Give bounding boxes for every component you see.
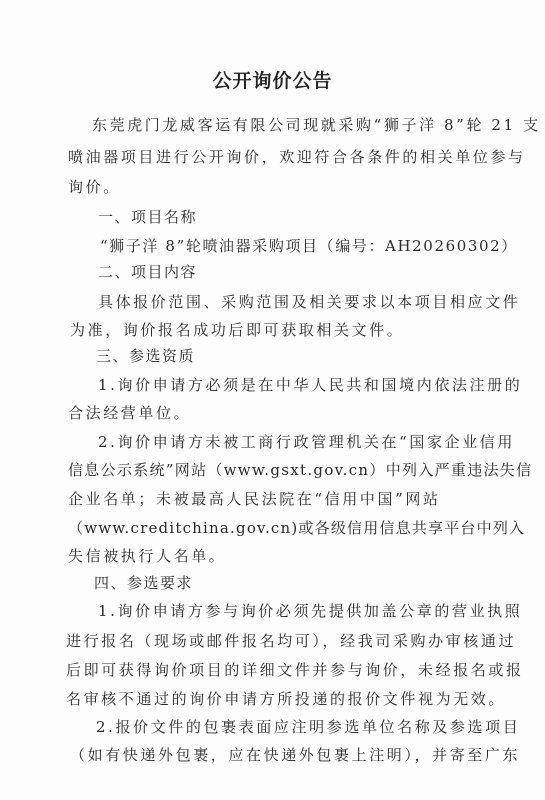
requirement-line-6: （如有快递外包裹，应在快递外包裹上注明），并寄至广东 [70, 745, 520, 765]
section-heading-1: 一、项目名称 [98, 207, 197, 227]
content-line-2: 为准，询价报名成功后即可获取相关文件。 [70, 320, 404, 340]
qualification-line-1: 1.询价申请方必须是在中华人民共和国境内依法注册的 [98, 375, 522, 395]
requirement-line-4: 名审核不通过的询价申请方所投递的报价文件视为无效。 [66, 689, 506, 709]
document-page: 公开询价公告 东莞虎门龙威客运有限公司现就采购“狮子洋 8”轮 21 支 喷油器… [0, 0, 545, 800]
section-heading-3: 三、参选资质 [96, 346, 195, 366]
qualification-line-3: 2.询价申请方未被工商行政管理机关在“国家企业信用 [98, 432, 515, 452]
intro-line-3: 询价。 [68, 177, 121, 197]
qualification-line-4: 信息公示系统”网站（www.gsxt.gov.cn）中列入严重违法失信 [68, 460, 532, 480]
requirement-line-1: 1.询价申请方参与询价必须先提供加盖公章的营业执照 [98, 601, 522, 621]
intro-line-1: 东莞虎门龙威客运有限公司现就采购“狮子洋 8”轮 21 支 [92, 115, 541, 135]
requirement-line-2: 进行报名（现场或邮件报名均可），经我司采购办审核通过 [66, 631, 516, 651]
qualification-line-7: 失信被执行人名单。 [68, 546, 226, 566]
section-heading-2: 二、项目内容 [98, 262, 197, 282]
content-line-1: 具体报价范围、采购范围及相关要求以本项目相应文件 [98, 292, 520, 312]
section-heading-4: 四、参选要求 [94, 573, 193, 593]
page-title: 公开询价公告 [0, 66, 545, 93]
requirement-line-5: 2.报价文件的包裹表面应注明参选单位名称及参选项目 [96, 717, 520, 737]
project-name-line: “狮子洋 8”轮喷油器采购项目（编号：AH20260302） [100, 236, 518, 256]
requirement-line-3: 后即可获得询价项目的详细文件并参与询价，未经报名或报 [66, 660, 524, 680]
qualification-line-2: 合法经营单位。 [68, 403, 191, 423]
qualification-line-5: 企业名单；未被最高人民法院在“信用中国”网站 [68, 489, 441, 509]
qualification-line-6: （www.creditchina.gov.cn)或各级信用信息共享平台中列入 [68, 518, 525, 538]
intro-line-2: 喷油器项目进行公开询价，欢迎符合各条件的相关单位参与 [68, 147, 526, 167]
